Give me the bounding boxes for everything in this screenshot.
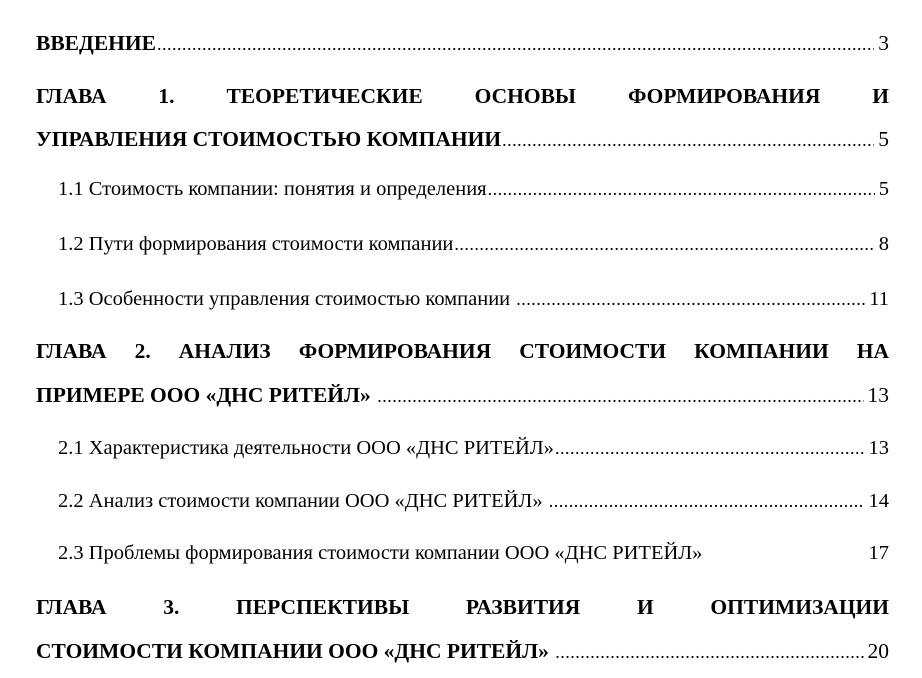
toc-entry-title-line-1: ГЛАВА 2. АНАЛИЗ ФОРМИРОВАНИЯ СТОИМОСТИ К… bbox=[36, 338, 889, 364]
toc-entry-section-1-3[interactable]: 1.3 Особенности управления стоимостью ко… bbox=[36, 286, 889, 312]
toc-entry-title-line-2: ПРИМЕРЕ ООО «ДНС РИТЕЙЛ» bbox=[36, 382, 376, 408]
toc-entry-chapter-2[interactable]: ГЛАВА 2. АНАЛИЗ ФОРМИРОВАНИЯ СТОИМОСТИ К… bbox=[36, 338, 889, 409]
toc-row: 1.2 Пути формирования стоимости компании… bbox=[58, 231, 889, 257]
leader-dots bbox=[555, 435, 865, 461]
toc-entry-title: 2.2 Анализ стоимости компании ООО «ДНС Р… bbox=[58, 488, 548, 514]
toc-entry-section-2-1[interactable]: 2.1 Характеристика деятельности ООО «ДНС… bbox=[36, 435, 889, 461]
toc-entry-title: 1.2 Пути формирования стоимости компании bbox=[58, 231, 453, 257]
toc-entry-section-1-2[interactable]: 1.2 Пути формирования стоимости компании… bbox=[36, 231, 889, 257]
leader-dots bbox=[502, 126, 874, 153]
toc-page-number: 13 bbox=[867, 435, 890, 461]
toc-page-number: 5 bbox=[877, 176, 889, 202]
toc-entry-chapter-3[interactable]: ГЛАВА 3. ПЕРСПЕКТИВЫ РАЗВИТИЯ И ОПТИМИЗА… bbox=[36, 594, 889, 665]
toc-row: 2.2 Анализ стоимости компании ООО «ДНС Р… bbox=[58, 488, 889, 514]
toc-page-number: 17 bbox=[867, 540, 890, 566]
toc-entry-introduction[interactable]: ВВЕДЕНИЕ 3 bbox=[36, 30, 889, 57]
leader-dots bbox=[454, 231, 874, 257]
toc-page-number: 14 bbox=[867, 488, 890, 514]
toc-entry-title-line-1: ГЛАВА 3. ПЕРСПЕКТИВЫ РАЗВИТИЯ И ОПТИМИЗА… bbox=[36, 594, 889, 620]
toc-entry-title: 1.3 Особенности управления стоимостью ко… bbox=[58, 286, 515, 312]
toc-row: 2.3 Проблемы формирования стоимости комп… bbox=[58, 540, 889, 566]
toc-row: 1.3 Особенности управления стоимостью ко… bbox=[58, 286, 889, 312]
table-of-contents: ВВЕДЕНИЕ 3 ГЛАВА 1. ТЕОРЕТИЧЕСКИЕ ОСНОВЫ… bbox=[36, 26, 889, 665]
toc-entry-title: 1.1 Стоимость компании: понятия и опреде… bbox=[58, 176, 487, 202]
toc-page-number: 20 bbox=[866, 638, 890, 664]
toc-entry-chapter-1[interactable]: ГЛАВА 1. ТЕОРЕТИЧЕСКИЕ ОСНОВЫ ФОРМИРОВАН… bbox=[36, 83, 889, 153]
toc-row: СТОИМОСТИ КОМПАНИИ ООО «ДНС РИТЕЙЛ» 20 bbox=[36, 638, 889, 665]
toc-entry-title: 2.3 Проблемы формирования стоимости комп… bbox=[58, 540, 702, 566]
leader-dots bbox=[549, 488, 865, 514]
toc-entry-title-line-1: ГЛАВА 1. ТЕОРЕТИЧЕСКИЕ ОСНОВЫ ФОРМИРОВАН… bbox=[36, 83, 889, 109]
toc-page-number: 5 bbox=[876, 126, 889, 152]
toc-row: УПРАВЛЕНИЯ СТОИМОСТЬЮ КОМПАНИИ 5 bbox=[36, 126, 889, 153]
toc-page-number: 8 bbox=[877, 231, 889, 257]
toc-page-number: 11 bbox=[867, 286, 889, 312]
toc-page-number: 13 bbox=[866, 382, 890, 408]
toc-row: 2.1 Характеристика деятельности ООО «ДНС… bbox=[58, 435, 889, 461]
toc-entry-title: 2.1 Характеристика деятельности ООО «ДНС… bbox=[58, 435, 554, 461]
leader-dots bbox=[555, 638, 863, 665]
toc-entry-section-2-3[interactable]: 2.3 Проблемы формирования стоимости комп… bbox=[36, 540, 889, 566]
toc-entry-section-2-2[interactable]: 2.2 Анализ стоимости компании ООО «ДНС Р… bbox=[36, 488, 889, 514]
leader-dots bbox=[516, 286, 865, 312]
toc-row: 1.1 Стоимость компании: понятия и опреде… bbox=[58, 176, 889, 202]
toc-page-number: 3 bbox=[876, 30, 889, 56]
leader-dots bbox=[157, 30, 874, 57]
toc-row: ПРИМЕРЕ ООО «ДНС РИТЕЙЛ» 13 bbox=[36, 382, 889, 409]
toc-entry-title-line-2: СТОИМОСТИ КОМПАНИИ ООО «ДНС РИТЕЙЛ» bbox=[36, 638, 554, 664]
toc-row: ВВЕДЕНИЕ 3 bbox=[36, 30, 889, 57]
toc-entry-title-line-2: УПРАВЛЕНИЯ СТОИМОСТЬЮ КОМПАНИИ bbox=[36, 126, 501, 152]
toc-entry-title: ВВЕДЕНИЕ bbox=[36, 30, 156, 56]
leader-dots bbox=[488, 176, 875, 202]
toc-entry-section-1-1[interactable]: 1.1 Стоимость компании: понятия и опреде… bbox=[36, 176, 889, 202]
leader-dots bbox=[377, 382, 863, 409]
